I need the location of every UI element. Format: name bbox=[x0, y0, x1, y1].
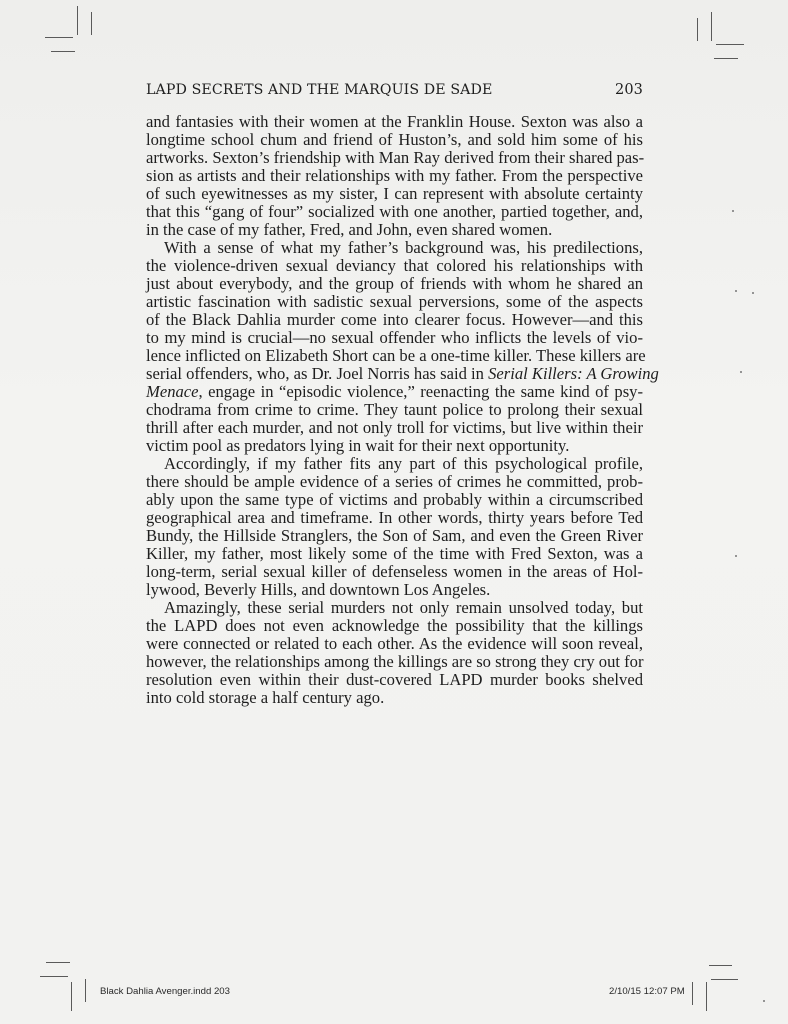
text-line: resolution even within their dust-covere… bbox=[146, 671, 643, 689]
text-line: the violence-driven sexual deviancy that… bbox=[146, 257, 643, 275]
text-line: in the case of my father, Fred, and John… bbox=[146, 221, 643, 239]
scan-speck bbox=[735, 555, 737, 557]
text-line: victim pool as predators lying in wait f… bbox=[146, 437, 643, 455]
scan-speck bbox=[740, 371, 742, 373]
text-line: and fantasies with their women at the Fr… bbox=[146, 113, 643, 131]
text-line: sion as artists and their relationships … bbox=[146, 167, 643, 185]
body-text: and fantasies with their women at the Fr… bbox=[146, 113, 643, 707]
text-line: artistic fascination with sadistic sexua… bbox=[146, 293, 643, 311]
crop-mark-top-left-h1 bbox=[45, 37, 73, 38]
text-line: of the Black Dahlia murder come into cle… bbox=[146, 311, 643, 329]
crop-mark-bottom-left-h2 bbox=[40, 976, 68, 977]
text-line: longtime school chum and friend of Husto… bbox=[146, 131, 643, 149]
text-line: lence inflicted on Elizabeth Short can b… bbox=[146, 347, 643, 365]
running-head-title: LAPD SECRETS AND THE MARQUIS DE SADE bbox=[146, 82, 492, 98]
text-line: there should be ample evidence of a seri… bbox=[146, 473, 643, 491]
scan-speck bbox=[763, 1000, 765, 1002]
slug-file-info: Black Dahlia Avenger.indd 203 bbox=[100, 986, 230, 997]
crop-mark-bottom-right-v2 bbox=[706, 982, 707, 1011]
crop-mark-top-right-v1 bbox=[697, 18, 698, 41]
text-line: artworks. Sexton’s friendship with Man R… bbox=[146, 149, 643, 167]
text-line: however, the relationships among the kil… bbox=[146, 653, 643, 671]
text-line: With a sense of what my father’s backgro… bbox=[146, 239, 643, 257]
text-line: geographical area and timeframe. In othe… bbox=[146, 509, 643, 527]
text-line: that this “gang of four” socialized with… bbox=[146, 203, 643, 221]
paragraph: and fantasies with their women at the Fr… bbox=[146, 113, 643, 239]
slug-timestamp: 2/10/15 12:07 PM bbox=[609, 986, 685, 997]
paragraph: With a sense of what my father’s backgro… bbox=[146, 239, 643, 455]
text-line: into cold storage a half century ago. bbox=[146, 689, 643, 707]
text-line: Amazingly, these serial murders not only… bbox=[146, 599, 643, 617]
crop-mark-top-right-v2 bbox=[711, 12, 712, 41]
crop-mark-bottom-right-h1 bbox=[709, 965, 732, 966]
crop-mark-top-right-h1 bbox=[716, 44, 744, 45]
crop-mark-bottom-left-h1 bbox=[46, 962, 70, 963]
page-number: 203 bbox=[615, 82, 643, 98]
text-line: Killer, my father, most likely some of t… bbox=[146, 545, 643, 563]
crop-mark-top-left-v2 bbox=[91, 12, 92, 35]
crop-mark-top-right-h2 bbox=[714, 58, 738, 59]
text-line: serial offenders, who, as Dr. Joel Norri… bbox=[146, 365, 643, 383]
crop-mark-top-left-v1 bbox=[77, 6, 78, 35]
crop-mark-top-left-h2 bbox=[51, 51, 75, 52]
crop-mark-bottom-right-v1 bbox=[692, 982, 693, 1005]
paragraph: Amazingly, these serial murders not only… bbox=[146, 599, 643, 707]
text-line: of such eyewitnesses as my sister, I can… bbox=[146, 185, 643, 203]
text-line: ably upon the same type of victims and p… bbox=[146, 491, 643, 509]
running-head: LAPD SECRETS AND THE MARQUIS DE SADE 203 bbox=[146, 80, 643, 104]
text-line: lywood, Beverly Hills, and downtown Los … bbox=[146, 581, 643, 599]
text-line: to my mind is crucial—no sexual offender… bbox=[146, 329, 643, 347]
text-line: thrill after each murder, and not only t… bbox=[146, 419, 643, 437]
text-line: Menace, engage in “episodic violence,” r… bbox=[146, 383, 643, 401]
crop-mark-bottom-left-v2 bbox=[85, 979, 86, 1002]
text-line: chodrama from crime to crime. They taunt… bbox=[146, 401, 643, 419]
scan-speck bbox=[735, 290, 737, 292]
text-line: Accordingly, if my father fits any part … bbox=[146, 455, 643, 473]
text-line: were connected or related to each other.… bbox=[146, 635, 643, 653]
scan-speck bbox=[732, 210, 734, 212]
crop-mark-bottom-left-v1 bbox=[71, 982, 72, 1011]
text-line: long-term, serial sexual killer of defen… bbox=[146, 563, 643, 581]
text-line: just about everybody, and the group of f… bbox=[146, 275, 643, 293]
paragraph: Accordingly, if my father fits any part … bbox=[146, 455, 643, 599]
crop-mark-bottom-right-h2 bbox=[711, 979, 738, 980]
text-line: the LAPD does not even acknowledge the p… bbox=[146, 617, 643, 635]
text-line: Bundy, the Hillside Stranglers, the Son … bbox=[146, 527, 643, 545]
scan-speck bbox=[752, 292, 754, 294]
